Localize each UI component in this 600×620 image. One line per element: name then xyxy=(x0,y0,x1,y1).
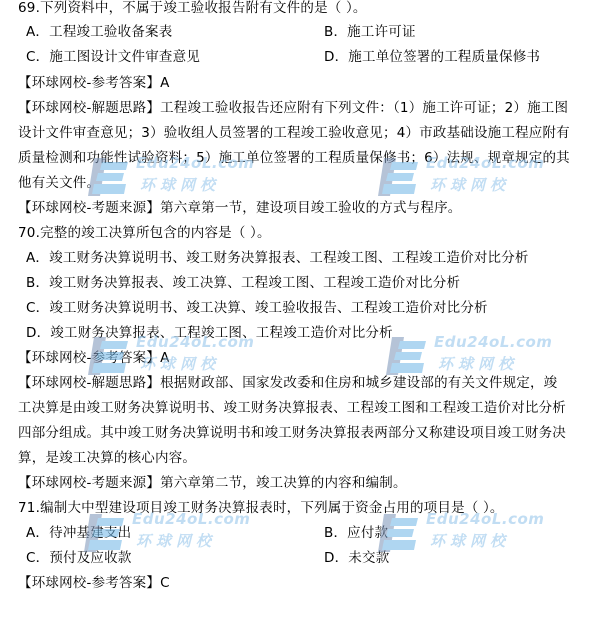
q70-source: 【环球网校-考题来源】第六章第二节，竣工决算的内容和编制。 xyxy=(18,473,584,493)
q70-analysis-line-1: 【环球网校-解题思路】根据财政部、国家发改委和住房和城乡建设部的有关文件规定，竣 xyxy=(18,373,584,393)
q71-answer: 【环球网校-参考答案】C xyxy=(18,573,584,593)
q69-answer: 【环球网校-参考答案】A xyxy=(18,73,584,93)
q70-option-a: A．竣工财务决算说明书、竣工财务决算报表、工程竣工图、工程竣工造价对比分析 xyxy=(26,248,592,268)
q70-analysis-line-3: 四部分组成。其中竣工财务决算说明书和竣工财务决算报表两部分又称建设项目竣工财务决 xyxy=(18,423,584,443)
q71-option-b: B．应付款 xyxy=(324,523,388,543)
q69-source: 【环球网校-考题来源】第六章第一节，建设项目竣工验收的方式与程序。 xyxy=(18,198,584,218)
q69-analysis-line-2: 设计文件审查意见；3）验收组人员签署的工程竣工验收意见；4）市政基础设施工程应附… xyxy=(18,123,584,143)
q70-option-b: B．竣工财务决算报表、竣工决算、工程竣工图、工程竣工造价对比分析 xyxy=(26,273,592,293)
q69-option-d: D．施工单位签署的工程质量保修书 xyxy=(324,47,540,67)
q71-option-a: A．待冲基建支出 xyxy=(26,525,131,541)
q71-option-c: C．预付及应收款 xyxy=(26,550,132,566)
q69-option-row-2: C．施工图设计文件审查意见 D．施工单位签署的工程质量保修书 xyxy=(26,47,592,67)
q70-answer: 【环球网校-参考答案】A xyxy=(18,348,584,368)
q71-option-row-2: C．预付及应收款 D．未交款 xyxy=(26,548,592,568)
q70-analysis-line-2: 工决算是由竣工财务决算说明书、竣工财务决算报表、工程竣工图和工程竣工造价对比分析 xyxy=(18,398,584,418)
exam-document: 69.下列资料中，不属于竣工验收报告附有文件的是（ ）。 A．工程竣工验收备案表… xyxy=(0,0,600,620)
q69-analysis-line-1: 【环球网校-解题思路】工程竣工验收报告还应附有下列文件：（1）施工许可证；2）施… xyxy=(18,98,584,118)
question-69: 69.下列资料中，不属于竣工验收报告附有文件的是（ ）。 xyxy=(18,0,584,18)
q69-analysis-line-4: 他有关文件。 xyxy=(18,173,584,193)
question-70: 70.完整的竣工决算所包含的内容是（ ）。 xyxy=(18,223,584,243)
q70-option-c: C．竣工财务决算说明书、竣工决算、竣工验收报告、工程竣工造价对比分析 xyxy=(26,298,592,318)
q69-option-row-1: A．工程竣工验收备案表 B．施工许可证 xyxy=(26,22,592,42)
q71-option-d: D．未交款 xyxy=(324,548,389,568)
q69-option-a: A．工程竣工验收备案表 xyxy=(26,24,172,40)
q71-option-row-1: A．待冲基建支出 B．应付款 xyxy=(26,523,592,543)
q70-option-d: D．竣工财务决算报表、工程竣工图、工程竣工造价对比分析 xyxy=(26,323,592,343)
q69-option-b: B．施工许可证 xyxy=(324,22,416,42)
q70-analysis-line-4: 算，是竣工决算的核心内容。 xyxy=(18,448,584,468)
question-71: 71.编制大中型建设项目竣工财务决算报表时，下列属于资金占用的项目是（ ）。 xyxy=(18,498,584,518)
q69-option-c: C．施工图设计文件审查意见 xyxy=(26,49,200,65)
q69-analysis-line-3: 质量检测和功能性试验资料；5）施工单位签署的工程质量保修书；6）法规、规章规定的… xyxy=(18,148,584,168)
